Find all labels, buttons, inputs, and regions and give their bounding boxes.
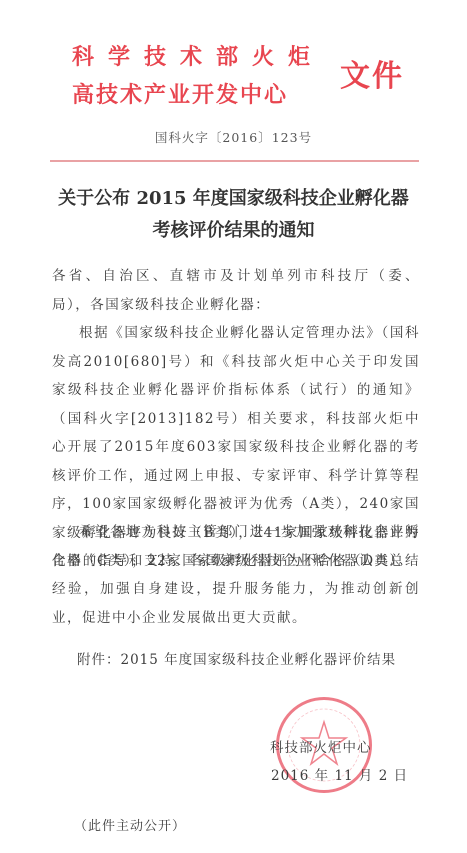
signing-date: 2016 年 11 月 2 日: [271, 764, 408, 784]
document-header: 科学技术部火炬 高技术产业开发中心 文件: [72, 44, 432, 124]
title-line2: 考核评价结果的通知: [0, 215, 467, 247]
document-type-label: 文件: [340, 60, 404, 94]
document-title: 关于公布 2015 年度国家级科技企业孵化器 考核评价结果的通知: [0, 183, 467, 247]
attachment-line: 附件：2015 年度国家级科技企业孵化器评价结果: [77, 648, 396, 668]
disclosure-note: （此件主动公开）: [74, 815, 186, 834]
salutation: 各省、自治区、直辖市及计划单列市科技厅（委、局），各国家级科技企业孵化器：: [52, 262, 420, 319]
title-line1: 关于公布 2015 年度国家级科技企业孵化器: [0, 183, 467, 215]
issuing-org-line1: 科学技术部火炬: [72, 44, 324, 70]
signer-name: 科技部火炬中心: [270, 736, 372, 756]
document-number: 国科火字〔2016〕123号: [0, 128, 467, 146]
header-divider: [50, 160, 419, 162]
body-paragraph-2: 希望各地方科技主管部门进一步加强对科技企业孵化器的指导和支持。各国家级科技企业孵…: [52, 518, 420, 632]
issuing-org-line2: 高技术产业开发中心: [72, 82, 288, 108]
